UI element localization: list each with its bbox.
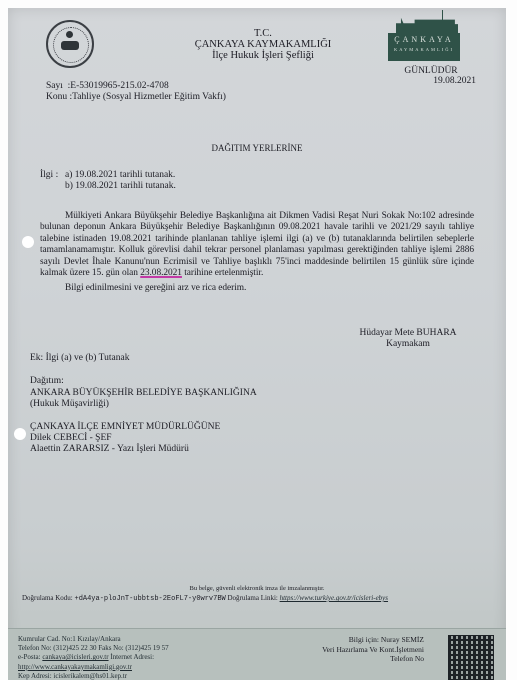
ilgi-item-b: b) 19.08.2021 tarihli tutanak.	[65, 181, 176, 192]
flag-icon	[442, 10, 443, 20]
konu-value: :Tahliye (Sosyal Hizmetler Eğitim Vakfı)	[70, 92, 226, 102]
konu-row: Konu :Tahliye (Sosyal Hizmetler Eğitim V…	[46, 92, 226, 103]
distribution-label: Dağıtım:	[30, 376, 64, 387]
ministry-seal-icon	[46, 20, 94, 68]
signer-title: Kaymakam	[338, 339, 478, 350]
sayi-value: :E-53019965-215.02-4708	[68, 81, 169, 91]
verification-code: +dA4ya-ploJnT-ubbtsb-2EoFL7-y0wrv7BW	[75, 595, 226, 603]
esign-notice: Bu belge, güvenli elektronik imza ile im…	[8, 585, 506, 592]
attachment: Ek: İlgi (a) ve (b) Tutanak	[30, 353, 129, 364]
addressee: DAĞITIM YERLERİNE	[8, 143, 506, 154]
cankaya-logo: ÇANKAYA KAYMAKAMLIĞI	[388, 33, 460, 61]
punch-hole	[22, 236, 34, 248]
ilgi-label: İlgi :	[40, 170, 58, 181]
body-paragraph-2: Bilgi edinilmesini ve gereğini arz ve ri…	[40, 283, 474, 294]
verification-link[interactable]: https://www.turkiye.gov.tr/icisleri-ebys	[280, 594, 388, 602]
footer-contact: Kumrular Cad. No:1 Kızılay/Ankara Telefo…	[18, 635, 169, 680]
qr-code-icon	[448, 635, 494, 680]
document-date: 19.08.2021	[396, 76, 476, 87]
email-link[interactable]: cankaya@icisleri.gov.tr	[42, 653, 108, 661]
verification-row: Doğrulama Kodu: +dA4ya-ploJnT-ubbtsb-2Eo…	[22, 594, 388, 603]
website-link[interactable]: http://www.cankayakaymakamligi.gov.tr	[18, 663, 132, 671]
sayi-row: Sayı :E-53019965-215.02-4708	[46, 81, 169, 92]
signer-name: Hüdayar Mete BUHARA	[338, 328, 478, 339]
distribution-line: ÇANKAYA İLÇE EMNİYET MÜDÜRLÜĞÜNE	[30, 422, 220, 433]
footer: Kumrular Cad. No:1 Kızılay/Ankara Telefo…	[8, 628, 506, 680]
header-department: İlçe Hukuk İşleri Şefliği	[148, 50, 378, 62]
body-paragraph-1: Mülkiyeti Ankara Büyükşehir Belediye Baş…	[40, 211, 474, 279]
document-page: T.C. ÇANKAYA KAYMAKAMLIĞI İlçe Hukuk İşl…	[8, 8, 506, 680]
punch-hole	[14, 428, 26, 440]
ilgi-item-a: a) 19.08.2021 tarihli tutanak.	[65, 170, 175, 181]
highlighted-date: 23.08.2021	[140, 268, 182, 278]
distribution-line: Alaettin ZARARSIZ - Yazı İşleri Müdürü	[30, 444, 189, 455]
distribution-line: Dilek CEBECİ - ŞEF	[30, 433, 112, 444]
distribution-line: ANKARA BÜYÜKŞEHİR BELEDİYE BAŞKANLIĞINA	[30, 388, 257, 399]
footer-info: Bilgi için: Nuray SEMİZ Veri Hazırlama V…	[322, 635, 424, 664]
distribution-line: (Hukuk Müşavirliği)	[30, 399, 109, 410]
building-logo-icon	[396, 16, 458, 34]
